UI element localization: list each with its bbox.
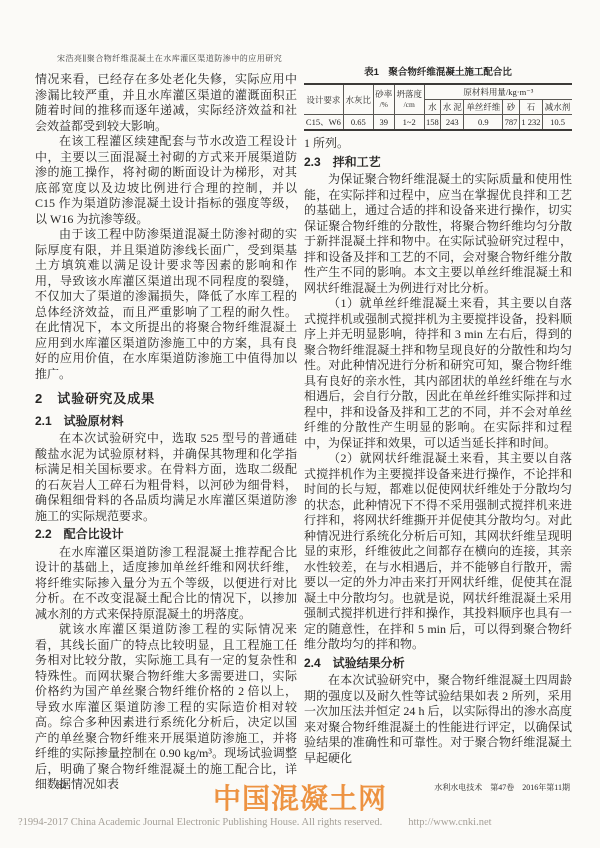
cell-sand-rate: 39 [373, 115, 394, 130]
cell-fiber: 0.9 [464, 115, 503, 130]
col-header-stone: 石 [519, 100, 542, 115]
table-data-row: C15、W6 0.65 39 1~2 158 243 0.9 787 1 232… [304, 115, 572, 130]
copyright-text: ?1994-2017 China Academic Journal Electr… [18, 817, 382, 828]
col-header-slump: 坍落度 /cm [394, 85, 424, 115]
cell-stone: 1 232 [519, 115, 542, 130]
table1-title: 表1 聚合物纤维混凝土施工配合比 [304, 66, 572, 79]
cell-wc-ratio: 0.65 [343, 115, 373, 130]
col-header-sand-rate: 砂率 /% [373, 85, 394, 115]
slump-unit: /cm [404, 100, 415, 109]
cell-sand-amount: 787 [503, 115, 520, 130]
sand-rate-label: 砂率 [375, 89, 392, 99]
paragraph: 为保证聚合物纤维混凝土的实际质量和使用性能，在实际拌和过程中，应当在掌握优良拌和… [304, 172, 572, 296]
paragraph: 在本次试验研究中，聚合物纤维混凝土四周龄期的强度以及耐久性等试验结果如表 2 所… [304, 673, 572, 766]
col-header-sand: 砂 [503, 100, 520, 115]
paragraph: 由于该工程中防渗渠道混凝土防渗衬砌的实际厚度有限，并且渠道防渗线长面广，受到渠基… [35, 227, 297, 382]
scanned-paper-page: 宋浩亮∥聚合物纤维混凝土在水库灌区渠道防渗中的应用研究 情况来看，已经存在多处老… [0, 0, 600, 848]
section-heading-2: 2 试验研究及成果 [35, 391, 297, 407]
table1-block: 表1 聚合物纤维混凝土施工配合比 设计要求 水灰比 砂率 /% 坍落度 /cm [304, 66, 572, 131]
paragraph-continued: 情况来看，已经存在多处老化失修，实际应用中渗漏比较严重，并且水库灌区渠道的灌溉面… [35, 72, 297, 134]
paragraph: 在水库灌区渠道防渗工程混凝土推荐配合比设计的基础上，适度掺加单丝纤维和网状纤维，… [35, 545, 297, 623]
subsection-heading-2-1: 2.1 试验原材料 [35, 414, 297, 430]
cnki-url: http://www.cnki.net [408, 817, 491, 828]
col-header-cement: 水 泥 [441, 100, 464, 115]
col-header-water-cement-ratio: 水灰比 [343, 85, 373, 115]
copyright-bar: ?1994-2017 China Academic Journal Electr… [18, 817, 588, 828]
paragraph: （2）就网状纤维混凝土来看，其主要以自落式搅拌机作为主要搅拌设备来进行操作，不论… [304, 451, 572, 653]
cell-water-reducer: 10.5 [543, 115, 572, 130]
col-header-water: 水 [424, 100, 441, 115]
cell-cement: 243 [441, 115, 464, 130]
subsection-heading-2-3: 2.3 拌和工艺 [304, 155, 572, 171]
table1-rules: 设计要求 水灰比 砂率 /% 坍落度 /cm 原材料用量/kg·m⁻³ [304, 83, 572, 131]
subsection-heading-2-4: 2.4 试验结果分析 [304, 656, 572, 672]
paragraph: 在该工程灌区续建配套与节水改造工程设计中，主要以三面混凝土衬砌的方式来开展渠道防… [35, 134, 297, 227]
table1-mix-proportion: 设计要求 水灰比 砂率 /% 坍落度 /cm 原材料用量/kg·m⁻³ [304, 85, 572, 129]
col-header-monofilament-fiber: 单丝纤维 [464, 100, 503, 115]
running-head: 宋浩亮∥聚合物纤维混凝土在水库灌区渠道防渗中的应用研究 [57, 53, 282, 64]
paragraph-continued: 1 所列。 [304, 136, 572, 152]
sand-rate-unit: /% [380, 100, 388, 109]
col-header-raw-material-dosage: 原材料用量/kg·m⁻³ [424, 85, 572, 100]
col-header-design-requirement: 设计要求 [304, 85, 343, 115]
slump-label: 坍落度 [396, 89, 422, 99]
cell-design: C15、W6 [304, 115, 343, 130]
paragraph: （1）就单丝纤维混凝土来看，其主要以自落式搅拌机或强制式搅拌机为主要搅拌设备，投… [304, 296, 572, 451]
col-header-water-reducer: 减水剂 [543, 100, 572, 115]
cell-slump: 1~2 [394, 115, 424, 130]
subsection-heading-2-2: 2.2 配合比设计 [35, 527, 297, 543]
left-column: 情况来看，已经存在多处老化失修，实际应用中渗漏比较严重，并且水库灌区渠道的灌溉面… [35, 72, 297, 793]
paragraph: 在本次试验研究中，选取 525 型号的普通硅酸盐水泥为试验原材料，并确保其物理和… [35, 431, 297, 524]
cnki-concrete-watermark: 中国混凝土网 [0, 783, 600, 815]
right-column: 表1 聚合物纤维混凝土施工配合比 设计要求 水灰比 砂率 /% 坍落度 /cm [304, 66, 572, 766]
paragraph: 就该水库灌区渠道防渗工程的实际情况来看，其线长面广的特点比较明显，且工程施工任务… [35, 622, 297, 793]
table-header-row-1: 设计要求 水灰比 砂率 /% 坍落度 /cm 原材料用量/kg·m⁻³ [304, 85, 572, 100]
cell-water: 158 [424, 115, 441, 130]
